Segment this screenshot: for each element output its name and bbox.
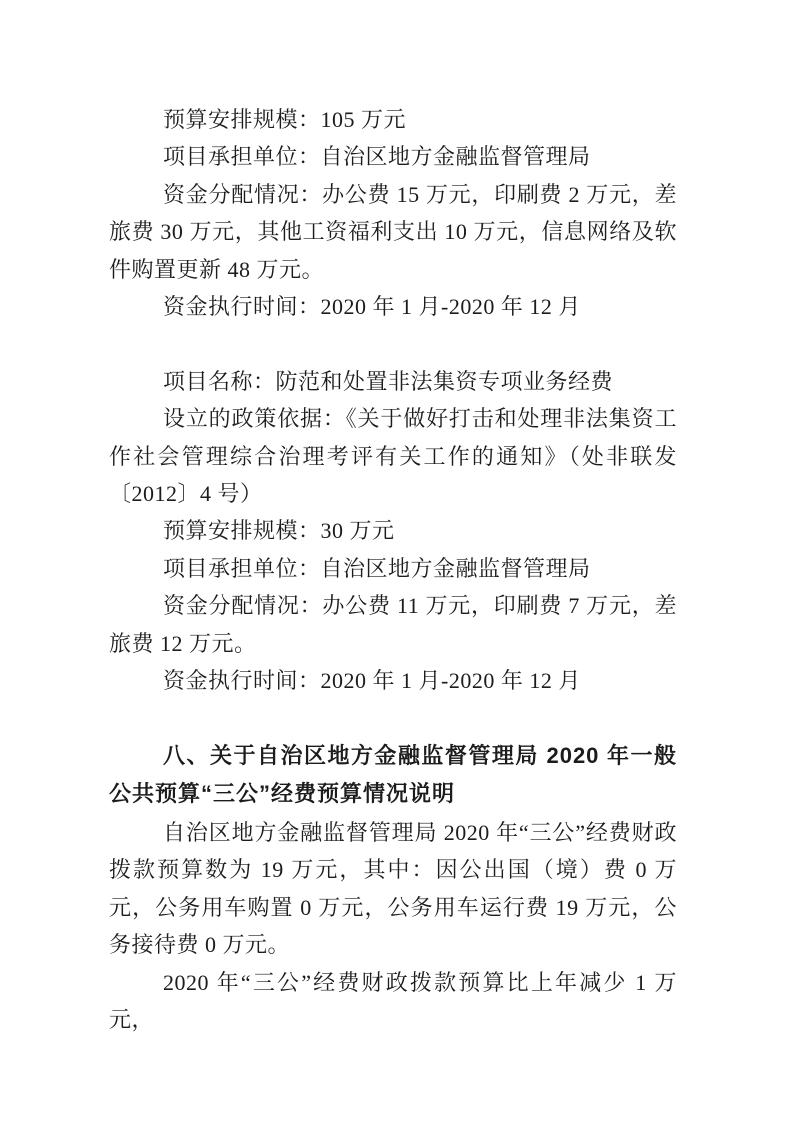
section-8-heading: 八、关于自治区地方金融监督管理局 2020 年一般公共预算“三公”经费预算情况说… xyxy=(109,737,677,814)
para-policy-basis-2: 设立的政策依据：《关于做好打击和处理非法集资工作社会管理综合治理考评有关工作的通… xyxy=(109,400,677,512)
document-page: 预算安排规模：105 万元 项目承担单位：自治区地方金融监督管理局 资金分配情况… xyxy=(0,0,793,1122)
section-8-sangong-budget: 八、关于自治区地方金融监督管理局 2020 年一般公共预算“三公”经费预算情况说… xyxy=(109,737,677,1038)
para-undertaking-unit-2: 项目承担单位：自治区地方金融监督管理局 xyxy=(109,550,677,587)
section-project-1-funding: 预算安排规模：105 万元 项目承担单位：自治区地方金融监督管理局 资金分配情况… xyxy=(109,101,677,325)
section-project-2-illegal-fundraising: 项目名称：防范和处置非法集资专项业务经费 设立的政策依据：《关于做好打击和处理非… xyxy=(109,363,677,700)
para-budget-scale-2: 预算安排规模：30 万元 xyxy=(109,512,677,549)
para-fund-execution-time-2: 资金执行时间：2020 年 1 月-2020 年 12 月 xyxy=(109,662,677,699)
para-sangong-budget-breakdown: 自治区地方金融监督管理局 2020 年“三公”经费财政拨款预算数为 19 万元，… xyxy=(109,814,677,964)
para-fund-execution-time-1: 资金执行时间：2020 年 1 月-2020 年 12 月 xyxy=(109,288,677,325)
para-sangong-budget-change: 2020 年“三公”经费财政拨款预算比上年减少 1 万元， xyxy=(109,964,677,1039)
para-fund-allocation-1: 资金分配情况：办公费 15 万元，印刷费 2 万元，差旅费 30 万元，其他工资… xyxy=(109,176,677,288)
para-fund-allocation-2: 资金分配情况：办公费 11 万元，印刷费 7 万元，差旅费 12 万元。 xyxy=(109,587,677,662)
para-budget-scale-1: 预算安排规模：105 万元 xyxy=(109,101,677,138)
para-undertaking-unit-1: 项目承担单位：自治区地方金融监督管理局 xyxy=(109,138,677,175)
para-project-name-2: 项目名称：防范和处置非法集资专项业务经费 xyxy=(109,363,677,400)
